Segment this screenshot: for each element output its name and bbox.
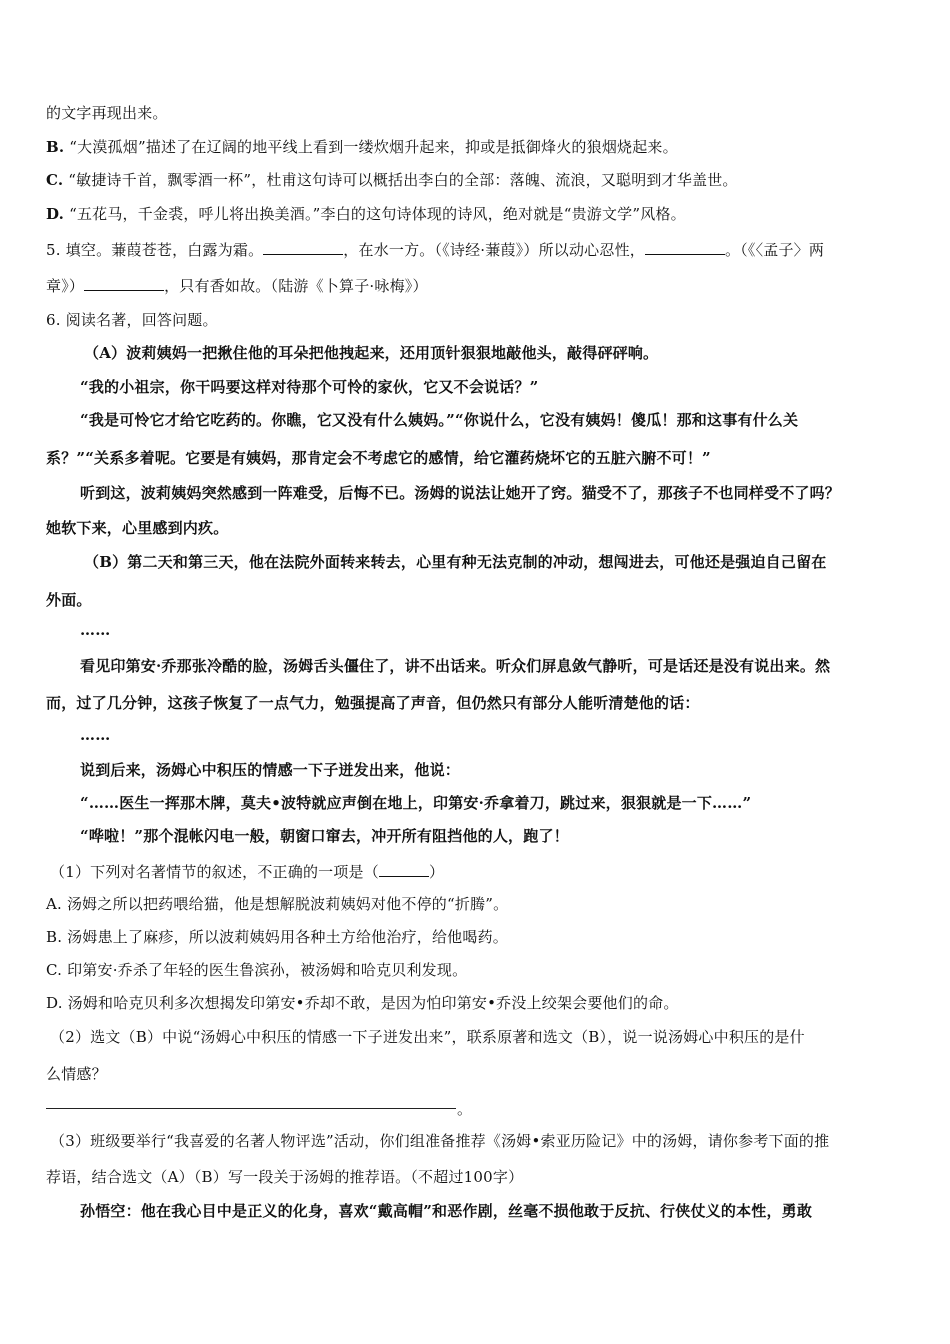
option-label: B. <box>46 928 62 946</box>
option-label: C. <box>46 171 63 189</box>
option-label: C. <box>46 961 62 979</box>
answer-blank[interactable] <box>379 860 429 877</box>
q4-option-c: C. “敏捷诗千首，飘零酒一杯”，杜甫这句诗可以概括出李白的全部：落魄、流浪，又… <box>46 170 738 190</box>
option-text: “五花马，千金裘，呼儿将出换美酒。”李白的这句诗体现的诗风，绝对就是“贵游文学”… <box>69 205 686 223</box>
q5-text: 。（《〈孟子〉两 <box>725 241 824 259</box>
sub1-option-c: C. 印第安·乔杀了年轻的医生鲁滨孙，被汤姆和哈克贝利发现。 <box>46 960 467 980</box>
sub1-text-end: ） <box>429 863 444 881</box>
q4-option-d: D. “五花马，千金裘，呼儿将出换美酒。”李白的这句诗体现的诗风，绝对就是“贵游… <box>46 204 686 224</box>
q4-option-b: B. “大漠孤烟”描述了在辽阔的地平线上看到一缕炊烟升起来，抑或是抵御烽火的狼烟… <box>46 137 678 157</box>
exam-page: 的文字再现出来。 B. “大漠孤烟”描述了在辽阔的地平线上看到一缕炊烟升起来，抑… <box>0 0 950 1344</box>
passage-line: “我的小祖宗，你干吗要这样对待那个可怜的家伙，它又不会说话？” <box>80 377 538 397</box>
q5-text: 章》） <box>46 277 84 295</box>
continuation-text: 的文字再现出来。 <box>46 103 168 123</box>
sub1-option-a: A. 汤姆之所以把药喂给猫，他是想解脱波莉姨妈对他不停的“折腾”。 <box>46 894 508 914</box>
passage-ellipsis: …… <box>80 620 110 640</box>
q5-line-2: 章》），只有香如故。（陆游《卜算子·咏梅》） <box>46 274 428 296</box>
q5-line-1: 5. 填空。蒹葭苍苍，白露为霜。，在水一方。（《诗经·蒹葭》）所以动心忍性，。（… <box>46 238 824 260</box>
option-label: B. <box>46 138 64 156</box>
answer-period: 。 <box>457 1098 472 1119</box>
passage-line: “哗啦！”那个混帐闪电一般，朝窗口窜去，冲开所有阻挡他的人，跑了！ <box>80 826 569 846</box>
fill-blank-2[interactable] <box>645 238 725 255</box>
q5-text: ，只有香如故。（陆游《卜算子·咏梅》） <box>164 277 428 295</box>
sub-question-3-line-1: （3）班级要举行“我喜爱的名著人物评选”活动，你们组准备推荐《汤姆•索亚历险记》… <box>50 1131 829 1151</box>
passage-ellipsis: …… <box>80 725 110 745</box>
fill-blank-1[interactable] <box>263 238 343 255</box>
sub1-option-d: D. 汤姆和哈克贝利多次想揭发印第安•乔却不敢，是因为怕印第安•乔没上绞架会要他… <box>46 993 679 1013</box>
option-label: D. <box>46 994 63 1012</box>
option-text: 汤姆之所以把药喂给猫，他是想解脱波莉姨妈对他不停的“折腾”。 <box>67 895 508 913</box>
passage-line: 而，过了几分钟，这孩子恢复了一点气力，勉强提高了声音，但仍然只有部分人能听清楚他… <box>46 693 700 713</box>
passage-line: （B）第二天和第三天，他在法院外面转来转去，心里有种无法克制的冲动，想闯进去，可… <box>84 552 826 572</box>
option-text: 汤姆和哈克贝利多次想揭发印第安•乔却不敢，是因为怕印第安•乔没上绞架会要他们的命… <box>68 994 679 1012</box>
sub1-option-b: B. 汤姆患上了麻疹，所以波莉姨妈用各种土方给他治疗，给他喝药。 <box>46 927 508 947</box>
q5-text: 填空。蒹葭苍苍，白露为霜。 <box>66 241 264 259</box>
q6-heading: 6. 阅读名著，回答问题。 <box>46 310 218 330</box>
sub-question-2-line-1: （2）选文（B）中说“汤姆心中积压的情感一下子迸发出来”，联系原著和选文（B），… <box>50 1027 805 1047</box>
passage-line: “……医生一挥那木牌，莫夫•波特就应声倒在地上，印第安·乔拿着刀，跳过来，狠狠就… <box>80 793 751 813</box>
example-recommendation: 孙悟空：他在我心目中是正义的化身，喜欢“戴高帽”和恶作剧，丝毫不损他敢于反抗、行… <box>80 1201 812 1221</box>
passage-line: 系？”“关系多着呢。它要是有姨妈，那肯定会不考虑它的感情，给它灌药烧坏它的五脏六… <box>46 448 711 468</box>
question-number: 5. <box>46 241 61 259</box>
option-label: A. <box>46 895 62 913</box>
fill-blank-3[interactable] <box>84 274 164 291</box>
passage-line: 说到后来，汤姆心中积压的情感一下子迸发出来，他说： <box>80 760 460 780</box>
passage-line: 看见印第安·乔那张冷酷的脸，汤姆舌头僵住了，讲不出话来。听众们屏息敛气静听，可是… <box>80 656 830 676</box>
question-number: 6. <box>46 311 61 329</box>
sub1-text: （1）下列对名著情节的叙述，不正确的一项是（ <box>50 863 379 881</box>
passage-line: 她软下来，心里感到内疚。 <box>46 518 228 538</box>
option-text: 汤姆患上了麻疹，所以波莉姨妈用各种土方给他治疗，给他喝药。 <box>67 928 508 946</box>
passage-line: 外面。 <box>46 590 92 610</box>
passage-line: “我是可怜它才给它吃药的。你瞧，它又没有什么姨妈。”“你说什么，它没有姨妈！傻瓜… <box>80 410 798 430</box>
option-label: D. <box>46 205 64 223</box>
sub-question-3-line-2: 荐语，结合选文（A）（B）写一段关于汤姆的推荐语。（不超过100字） <box>46 1167 523 1187</box>
option-text: “大漠孤烟”描述了在辽阔的地平线上看到一缕炊烟升起来，抑或是抵御烽火的狼烟烧起来… <box>69 138 678 156</box>
q5-text: ，在水一方。（《诗经·蒹葭》）所以动心忍性， <box>343 241 645 259</box>
sub-question-1: （1）下列对名著情节的叙述，不正确的一项是（） <box>50 860 444 882</box>
q6-title: 阅读名著，回答问题。 <box>66 311 218 329</box>
passage-line: 听到这，波莉姨妈突然感到一阵难受，后悔不已。汤姆的说法让她开了窍。猫受不了，那孩… <box>80 483 840 503</box>
passage-line: （A）波莉姨妈一把揪住他的耳朵把他拽起来，还用顶针狠狠地敲他头，敲得砰砰响。 <box>84 343 658 363</box>
option-text: 印第安·乔杀了年轻的医生鲁滨孙，被汤姆和哈克贝利发现。 <box>67 961 467 979</box>
sub-question-2-line-2: 么情感？ <box>46 1064 107 1084</box>
option-text: “敏捷诗千首，飘零酒一杯”，杜甫这句诗可以概括出李白的全部：落魄、流浪，又聪明到… <box>68 171 737 189</box>
answer-line[interactable] <box>46 1108 456 1109</box>
